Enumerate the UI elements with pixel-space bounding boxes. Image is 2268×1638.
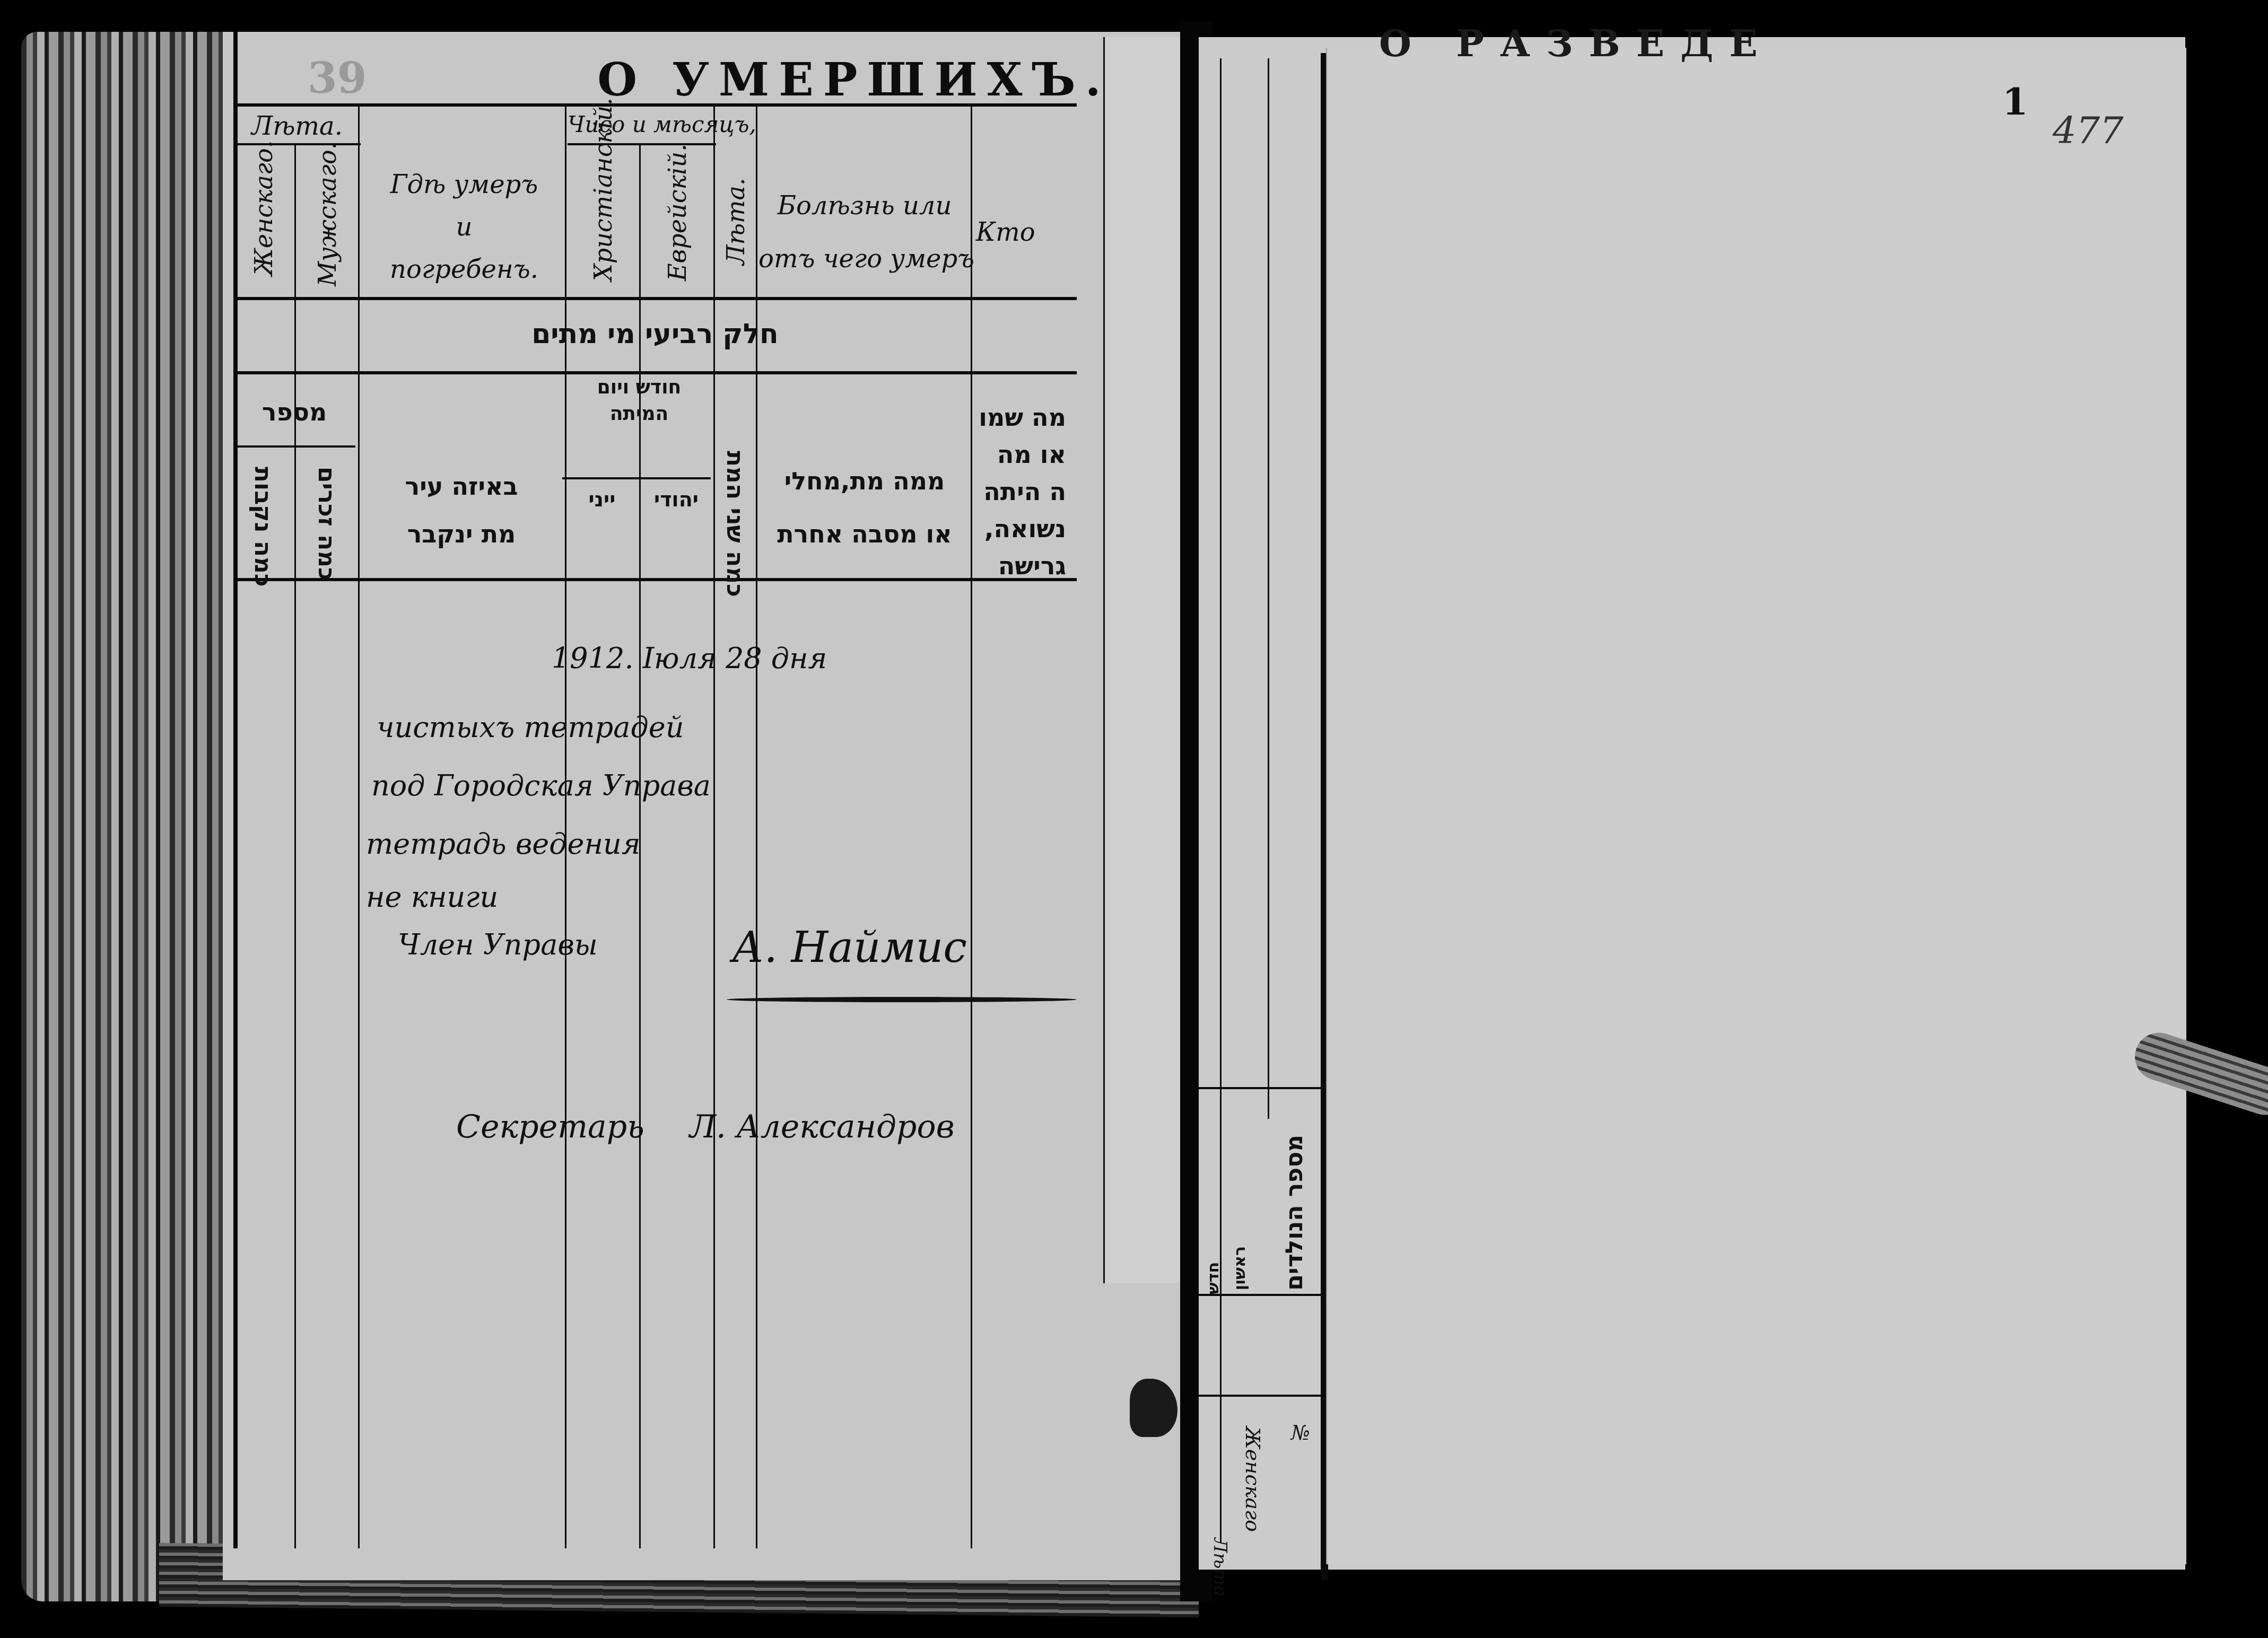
heb-header-age: כמה שני המת bbox=[721, 451, 748, 597]
heb-header-place-line1: באיזה עיר bbox=[361, 472, 562, 501]
heb-header-place-line2: מת ינקבר bbox=[361, 520, 562, 548]
signature-label: Член Управы bbox=[398, 928, 598, 961]
header-male: Мужскаго. bbox=[313, 170, 342, 286]
page-title: О УМЕРШИХЪ. bbox=[562, 53, 1146, 107]
header-place-line2: и bbox=[366, 212, 562, 242]
heb-header-cause-line1: ממה מת,מחלי bbox=[758, 467, 971, 495]
secretary-signature: Л. Александров bbox=[690, 1108, 955, 1145]
heb-header-who-5: גרישה bbox=[976, 551, 1066, 580]
heb-header-female: כמה נקבות bbox=[249, 467, 276, 587]
header-cause-line1: Болѣзнь или bbox=[758, 191, 971, 221]
heb-header-who-3: ה היתה bbox=[976, 477, 1066, 506]
folio-number: 477 bbox=[2053, 109, 2124, 152]
strip-russian-number: № bbox=[1289, 1421, 1312, 1444]
header-cause-line2: отъ чего умеръ bbox=[758, 244, 971, 274]
hebrew-title-rule bbox=[233, 371, 1077, 374]
strip-hrule bbox=[1199, 1087, 1326, 1089]
strip-hebrew-births: מספר הנולדים bbox=[1281, 1135, 1308, 1291]
strip-russian-female: Женскаго bbox=[1241, 1426, 1264, 1532]
hebrew-section-title: חלק רביעי מי מתים bbox=[233, 318, 1077, 350]
signature-flourish bbox=[727, 997, 1077, 1002]
page-number: 1 bbox=[2002, 80, 2028, 124]
strip-hrule bbox=[1199, 1395, 1326, 1397]
inserted-paper-slip bbox=[1103, 37, 1184, 1283]
header-years: Лѣта. bbox=[239, 111, 355, 141]
heb-header-who-2: או מה bbox=[976, 440, 1066, 469]
left-page: 39 О УМЕРШИХЪ. Лѣта. Женскаго. Мужскаго.… bbox=[223, 32, 1188, 1580]
right-page-blank-area bbox=[1326, 48, 2186, 1564]
heb-header-number: מספר bbox=[233, 398, 355, 426]
heb-header-date-line2: המיתה bbox=[565, 403, 713, 425]
heb-header-date-line1: חודש ויום bbox=[565, 376, 713, 398]
handwritten-line-3: под Городская Управа bbox=[371, 769, 711, 802]
heb-header-christian: ייני bbox=[568, 488, 636, 511]
handwritten-line-1: 1912. Іюля 28 дня bbox=[552, 642, 827, 675]
strip-hebrew-first: ראשון bbox=[1231, 1246, 1249, 1290]
heb-header-male: כמה זכרים bbox=[313, 467, 340, 581]
heb-header-cause-line2: או מסבה אחרת bbox=[758, 520, 971, 548]
col-rule bbox=[294, 143, 296, 1548]
header-place-line1: Гдѣ умеръ bbox=[366, 170, 562, 199]
header-female: Женскаго. bbox=[249, 170, 278, 276]
hebrew-header-bottom-rule bbox=[233, 578, 1077, 581]
strip-russian-years: Лѣта bbox=[1209, 1538, 1231, 1597]
right-page-top-title: О РАЗВЕДЕ bbox=[1379, 21, 1774, 65]
header-age: Лѣта. bbox=[721, 207, 750, 265]
secretary-label: Секретарь bbox=[456, 1108, 644, 1145]
strip-hebrew-month: חדש bbox=[1204, 1262, 1223, 1294]
faded-page-number: 39 bbox=[308, 53, 367, 103]
header-jewish: Еврейскій. bbox=[663, 191, 692, 281]
signature-council-member: А. Наймис bbox=[732, 923, 967, 972]
heb-header-who-1: מה שמו bbox=[976, 403, 1066, 432]
heb-header-who-4: נשואה, bbox=[976, 514, 1066, 543]
header-christian: Христіанскій. bbox=[589, 154, 617, 281]
header-place-line3: погребенъ. bbox=[366, 255, 562, 284]
header-top-rule bbox=[233, 103, 1077, 107]
book-page-edges bbox=[21, 32, 244, 1601]
left-border bbox=[233, 32, 238, 1548]
handwritten-line-5: не книги bbox=[366, 880, 498, 914]
hebrew-date-subrule bbox=[562, 477, 711, 479]
heb-header-jewish: יהודי bbox=[642, 488, 711, 511]
strip-rule bbox=[1220, 58, 1222, 1543]
header-who: Кто bbox=[976, 217, 1066, 247]
handwritten-line-4: тетрадь ведения bbox=[366, 827, 641, 861]
strip-rule bbox=[1268, 58, 1269, 1119]
russian-header-bottom-rule bbox=[233, 297, 1077, 300]
handwritten-line-2: чистыхъ тетрадей bbox=[377, 711, 684, 744]
